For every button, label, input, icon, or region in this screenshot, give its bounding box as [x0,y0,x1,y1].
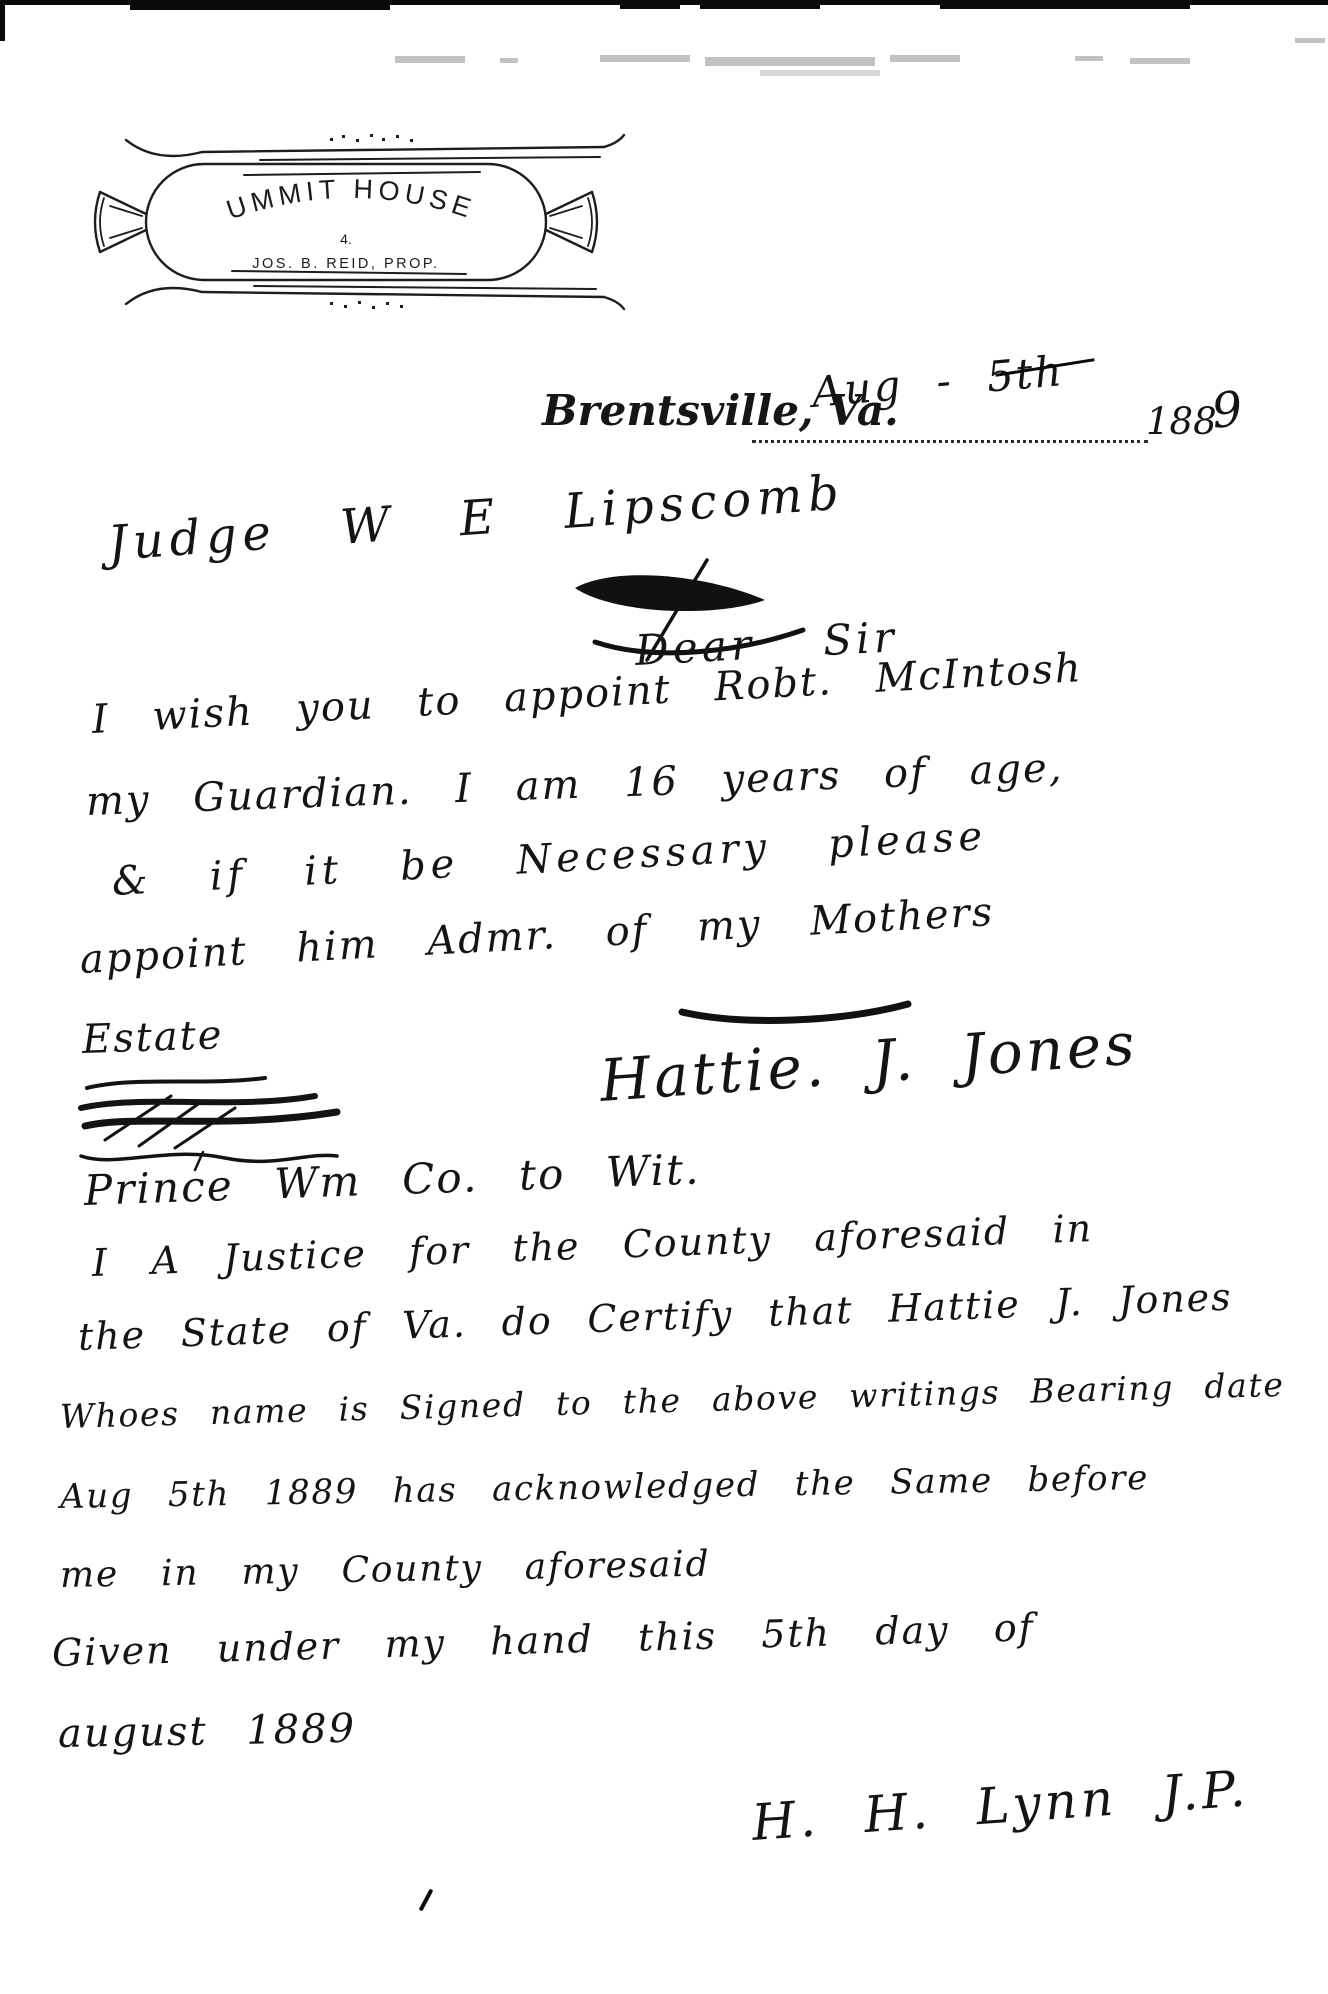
letterhead-proprietor: JOS. B. REID, PROP. [252,256,439,272]
letter-body-line: Estate [81,1015,224,1060]
scan-artifact [1130,58,1190,64]
scan-artifact [500,58,518,63]
notary-body-line: the State of Va. do Certify that Hattie … [77,1278,1233,1356]
dateline-year-digit-handwritten: 9 [1209,385,1247,436]
notary-signature: H. H. Lynn J.P. [750,1763,1250,1848]
stray-ink-mark [419,1888,434,1911]
scan-artifact [1295,38,1325,43]
letter-body-line: appoint him Admr. of my Mothers [79,892,995,980]
letter-body-line: & if it be Necessary please [111,816,988,902]
scan-artifact [395,56,465,63]
scan-artifact [600,55,690,62]
notary-body-line: august 1889 [58,1709,357,1754]
notary-body-line: me in my County aforesaid [60,1547,711,1594]
scan-artifact [1075,56,1103,61]
notary-body-line: Aug 5th 1889 has acknowledged the Same b… [60,1461,1150,1514]
letter-body-line: my Guardian. I am 16 years of age, [85,748,1064,822]
scan-artifact [760,70,880,76]
scan-artifact [130,0,390,10]
scan-artifact [940,0,1190,9]
letterhead-hotel-name: SUMMIT HOUSE. [84,118,479,225]
scan-artifact [0,5,5,41]
letterhead-ornament: 4. [340,231,352,247]
letter-recipient: Judge W E Lipscomb [106,469,846,568]
scan-artifact [700,0,820,9]
dateline-year-printed: 188 [1146,400,1217,443]
scan-artifact [890,55,960,62]
notary-body-line: I A Justice for the County aforesaid in [91,1209,1093,1282]
scan-artifact [620,0,680,9]
notary-body-line: Given under my hand this 5th day of [52,1608,1036,1672]
letterhead-emblem: SUMMIT HOUSE. 4. JOS. B. REID, PROP. [84,118,644,323]
letterhead-hotel-name-text: SUMMIT HOUSE. [84,118,479,225]
scan-artifact [705,57,875,66]
scanned-letter-page: SUMMIT HOUSE. 4. JOS. B. REID, PROP. Bre… [0,0,1328,1994]
notary-body-line: Whoes name is Signed to the above writin… [60,1368,1285,1433]
admr-underline-flourish [672,988,922,1030]
